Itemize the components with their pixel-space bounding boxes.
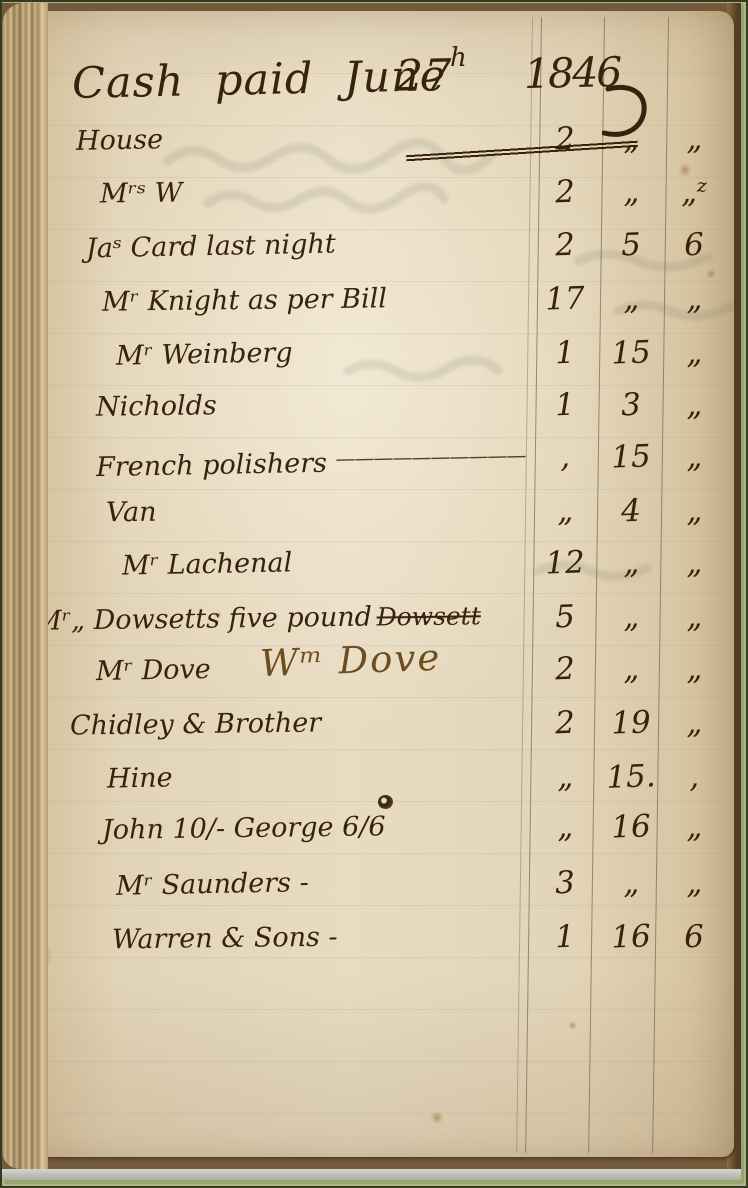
entry-name: House (76, 118, 164, 164)
ledger-row: Mʳ Lachenal 12 „ „ (18, 543, 734, 589)
foxing-spot (430, 1111, 444, 1124)
entry-name: Mʳ Knight as per Bill (102, 277, 387, 324)
entry-name: Mʳˢ W (100, 171, 183, 216)
entry-name: French polishers —————————— (96, 433, 526, 490)
amount-shillings: 4 (599, 488, 662, 534)
amount-pounds: 2 (535, 169, 595, 215)
amount-pounds: , (535, 434, 595, 480)
amount-shillings: „ (599, 169, 662, 215)
amount-pence: „ (661, 434, 726, 480)
amount-pence: „ (661, 116, 726, 162)
amount-shillings: „ (599, 540, 662, 586)
amount-pence: 6 (661, 914, 726, 960)
amount-pounds: 3 (535, 860, 595, 906)
book-photo: Cash paid June 27 h 1846 House 2 „ „ Mʳˢ… (2, 3, 741, 1169)
entry-name: Warren & Sons - (112, 916, 338, 963)
amount-pounds: 1 (535, 330, 595, 376)
ledger-row: Mʳ Dove Wᵐ Dove 2 „ „ (18, 649, 734, 695)
foxing-spot (568, 1021, 577, 1030)
amount-shillings: „ (599, 860, 662, 906)
amount-pence: „ (661, 540, 726, 586)
entry-name: Mʳ Saunders - (116, 861, 310, 909)
ledger-row: Mʳ„ Dowsetts five pound Dowsett 5 „ „ (18, 597, 734, 643)
amount-pounds: 1 (535, 914, 595, 960)
amount-shillings: 16 (599, 804, 662, 850)
amount-shillings: „ (599, 276, 662, 322)
signature-annotation: Wᵐ Dove (259, 636, 442, 686)
amount-pence: „ (661, 276, 726, 322)
ledger-row: Chidley & Brother 2 19 „ (18, 703, 734, 749)
scanned-ledger-screenshot: Cash paid June 27 h 1846 House 2 „ „ Mʳˢ… (0, 0, 748, 1188)
amount-shillings: 16 (599, 914, 662, 960)
amount-pence: 6 (661, 222, 726, 268)
amount-pounds: 1 (535, 382, 595, 428)
amount-shillings: 15. (599, 754, 662, 800)
amount-pounds: 17 (535, 276, 595, 322)
amount-shillings: 15 (599, 434, 662, 480)
ledger-row: Nicholds 1 3 „ (18, 385, 734, 431)
book-page-edges (2, 3, 48, 1169)
amount-shillings: 5 (599, 222, 662, 268)
ledger-row: Warren & Sons - 1 16 6 (18, 917, 734, 963)
amount-pounds: 2 (535, 222, 595, 268)
amount-shillings: 19 (599, 700, 662, 746)
amount-pence: „ (661, 330, 726, 376)
ledger-row: Mʳ Knight as per Bill 17 „ „ (18, 279, 734, 325)
amount-shillings: „ (599, 594, 662, 640)
amount-pence: „ (661, 646, 726, 692)
amount-pence: „ (661, 382, 726, 428)
amount-pounds: 2 (535, 700, 595, 746)
entry-name: Hine (107, 756, 173, 801)
ledger-row: Jaˢ Card last night 2 5 6 (18, 225, 734, 271)
page-title: Cash paid June 27 h 1846 (18, 49, 734, 119)
title-day: 27 (395, 50, 453, 101)
amount-pence: „ (661, 594, 726, 640)
amount-pence: „ (661, 488, 726, 534)
ledger-row: Mʳ Weinberg 1 15 „ (18, 333, 734, 379)
entry-name: Van (106, 491, 157, 536)
ledger-row: Hine „ 15. , (18, 757, 734, 803)
amount-shillings: 15 (599, 330, 662, 376)
amount-pounds: 2 (535, 646, 595, 692)
amount-pounds: „ (535, 754, 595, 800)
ledger-row: Mʳˢ W 2 „ „ᶻ (18, 172, 734, 218)
ledger-row: Mʳ Saunders - 3 „ „ (18, 863, 734, 909)
amount-pence: „ (661, 860, 726, 906)
amount-pence: „ (661, 700, 726, 746)
entry-name: Mʳ Weinberg (116, 331, 293, 378)
amount-pounds: 5 (535, 594, 595, 640)
entry-name: Mʳ Lachenal (122, 541, 293, 588)
amount-pounds: „ (535, 488, 595, 534)
amount-pence: „ᶻ (661, 169, 726, 215)
entry-name: Mʳ Dove (96, 648, 212, 694)
ledger-row: House 2 „ „ (18, 119, 734, 165)
entry-name: Chidley & Brother (70, 701, 322, 748)
ledger-page: Cash paid June 27 h 1846 House 2 „ „ Mʳˢ… (18, 11, 734, 1157)
amount-pounds: 12 (535, 540, 595, 586)
dash-trail: —————————— (335, 443, 525, 471)
entry-name: Jaˢ Card last night (86, 223, 337, 272)
amount-pounds: 2 (535, 116, 595, 162)
book-bottom-shadow (2, 1169, 741, 1180)
amount-pence: , (661, 754, 726, 800)
amount-shillings: „ (599, 646, 662, 692)
title-prefix: Cash paid June (72, 51, 447, 109)
ledger-row: John 10/- George 6/6 „ 16 „ (18, 807, 734, 853)
ledger-row: Van „ 4 „ (18, 491, 734, 537)
amount-shillings: „ (599, 116, 662, 162)
ink-blot (378, 795, 393, 809)
amount-pounds: „ (535, 804, 595, 850)
title-day-suffix: h (450, 43, 467, 73)
ledger-row: French polishers —————————— , 15 „ (18, 437, 734, 483)
amount-shillings: 3 (599, 382, 662, 428)
amount-pence: „ (661, 804, 726, 850)
entry-name: Nicholds (96, 384, 217, 429)
struck-out-name: Dowsett (376, 601, 481, 631)
entry-name: John 10/- George 6/6 (102, 805, 386, 852)
